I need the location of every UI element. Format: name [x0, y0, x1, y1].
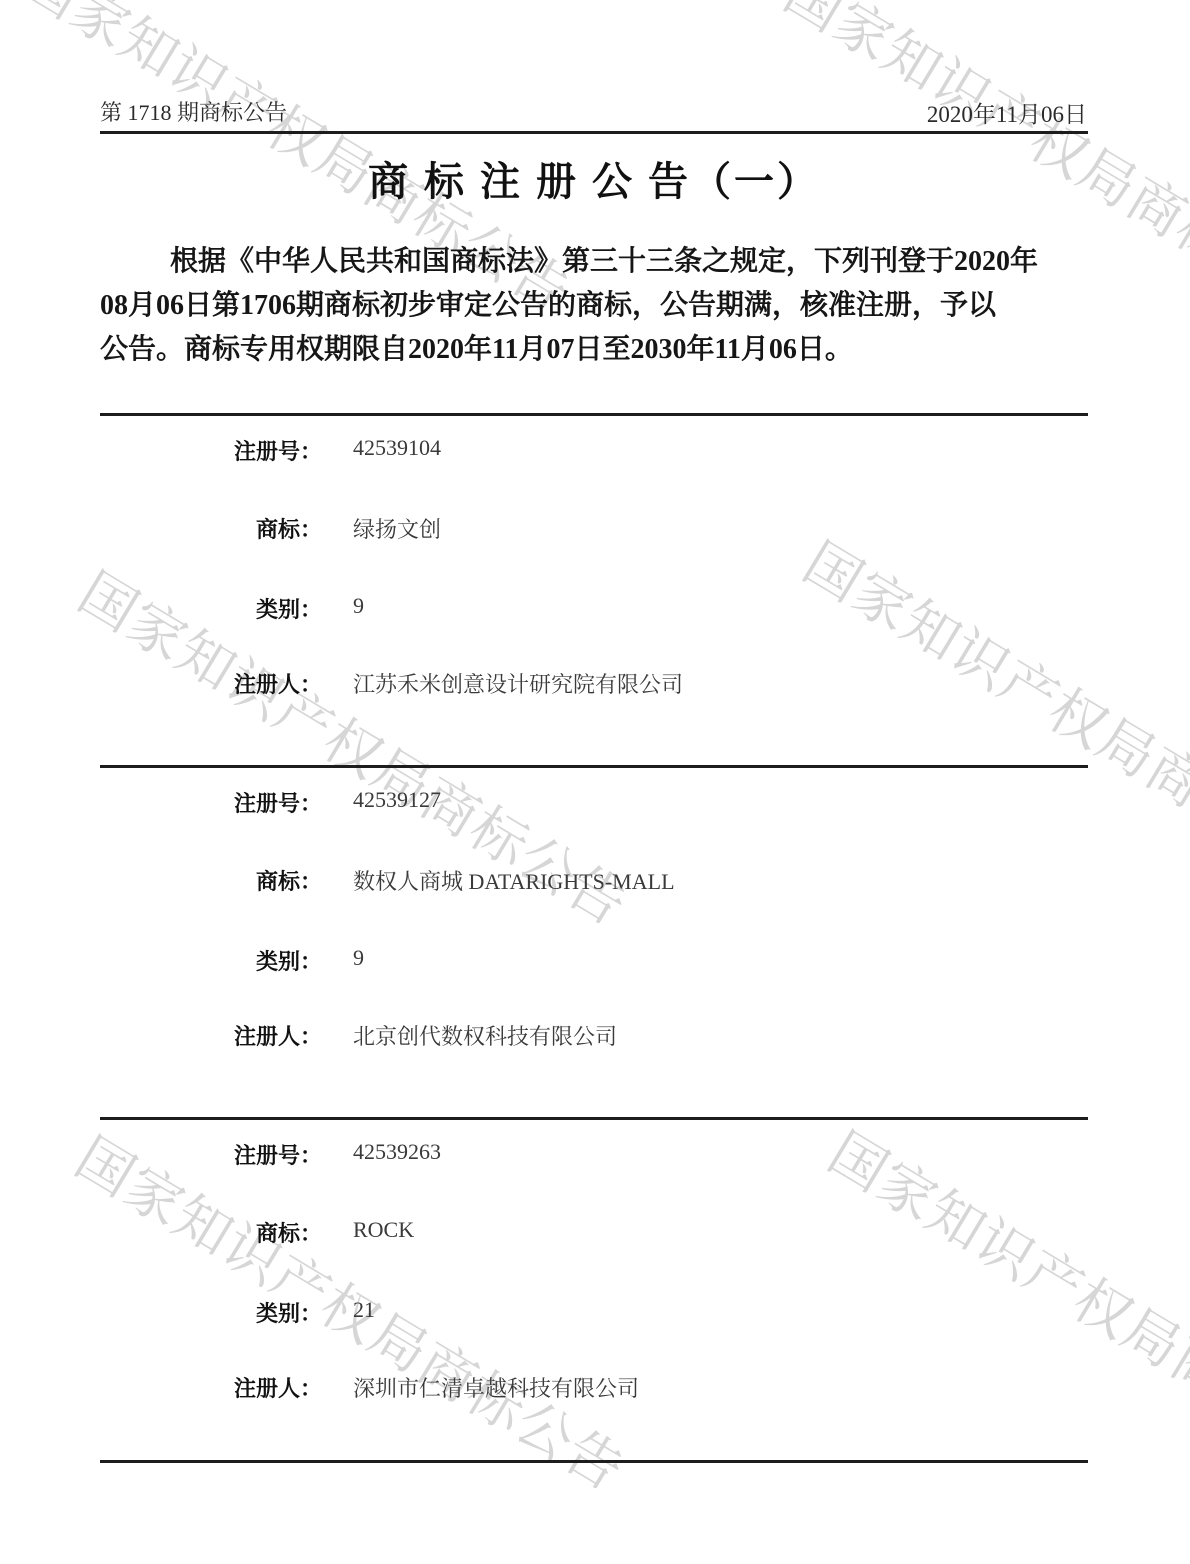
field-label-category: 类别： [150, 1297, 322, 1328]
field-label-trademark: 商标： [150, 513, 322, 544]
field-value-category: 9 [353, 945, 364, 971]
field-value-trademark: ROCK [353, 1217, 414, 1243]
intro-line: 公告。商标专用权期限自2020年11月07日至2030年11月06日。 [100, 328, 1092, 372]
bottom-divider [100, 1460, 1088, 1463]
field-label-regno: 注册号： [150, 787, 322, 818]
record-separator [100, 765, 1088, 768]
page-title: 商 标 注 册 公 告（一） [100, 150, 1088, 207]
trademark-record: 注册号： 42539127 商标： 数权人商城 DATARIGHTS-MALL … [0, 765, 1190, 1117]
field-value-trademark: 绿扬文创 [353, 513, 441, 544]
record-separator [100, 413, 1088, 416]
field-row-registrant: 注册人： 江苏禾米创意设计研究院有限公司 [0, 668, 1190, 698]
field-row-trademark: 商标： 数权人商城 DATARIGHTS-MALL [0, 865, 1190, 895]
field-value-registrant: 北京创代数权科技有限公司 [353, 1020, 617, 1051]
field-label-trademark: 商标： [150, 865, 322, 896]
field-row-category: 类别： 9 [0, 593, 1190, 623]
field-value-trademark: 数权人商城 DATARIGHTS-MALL [353, 865, 675, 896]
intro-line: 08月06日第1706期商标初步审定公告的商标，公告期满，核准注册，予以 [100, 284, 1092, 328]
document-page: 国家知识产权局商标公告 国家知识产权局商标公告 国家知识产权局商标公告 国家知识… [0, 0, 1190, 1564]
field-value-regno: 42539263 [353, 1139, 441, 1165]
field-label-category: 类别： [150, 593, 322, 624]
field-row-regno: 注册号： 42539263 [0, 1139, 1190, 1169]
field-row-registrant: 注册人： 深圳市仁清卓越科技有限公司 [0, 1372, 1190, 1402]
field-row-category: 类别： 21 [0, 1297, 1190, 1327]
intro-line: 根据《中华人民共和国商标法》第三十三条之规定，下列刊登于2020年 [100, 240, 1092, 284]
issue-label: 第 1718 期商标公告 [100, 96, 287, 127]
field-row-registrant: 注册人： 北京创代数权科技有限公司 [0, 1020, 1190, 1050]
field-label-registrant: 注册人： [150, 1372, 322, 1403]
header-divider [100, 131, 1088, 134]
field-row-category: 类别： 9 [0, 945, 1190, 975]
field-row-regno: 注册号： 42539104 [0, 435, 1190, 465]
field-row-trademark: 商标： 绿扬文创 [0, 513, 1190, 543]
record-separator [100, 1117, 1088, 1120]
field-label-registrant: 注册人： [150, 1020, 322, 1051]
trademark-record: 注册号： 42539263 商标： ROCK 类别： 21 注册人： 深圳市仁清… [0, 1117, 1190, 1469]
trademark-record: 注册号： 42539104 商标： 绿扬文创 类别： 9 注册人： 江苏禾米创意… [0, 413, 1190, 765]
field-label-regno: 注册号： [150, 435, 322, 466]
field-value-registrant: 深圳市仁清卓越科技有限公司 [353, 1372, 639, 1403]
field-label-category: 类别： [150, 945, 322, 976]
field-label-regno: 注册号： [150, 1139, 322, 1170]
header-date: 2020年11月06日 [927, 96, 1087, 129]
field-value-regno: 42539127 [353, 787, 441, 813]
field-value-category: 21 [353, 1297, 375, 1323]
field-label-trademark: 商标： [150, 1217, 322, 1248]
document-content: 第 1718 期商标公告 2020年11月06日 商 标 注 册 公 告（一） … [0, 0, 1190, 1564]
field-value-category: 9 [353, 593, 364, 619]
field-value-regno: 42539104 [353, 435, 441, 461]
field-row-trademark: 商标： ROCK [0, 1217, 1190, 1247]
field-label-registrant: 注册人： [150, 668, 322, 699]
intro-paragraph: 根据《中华人民共和国商标法》第三十三条之规定，下列刊登于2020年 08月06日… [100, 240, 1092, 372]
field-row-regno: 注册号： 42539127 [0, 787, 1190, 817]
field-value-registrant: 江苏禾米创意设计研究院有限公司 [353, 668, 683, 699]
